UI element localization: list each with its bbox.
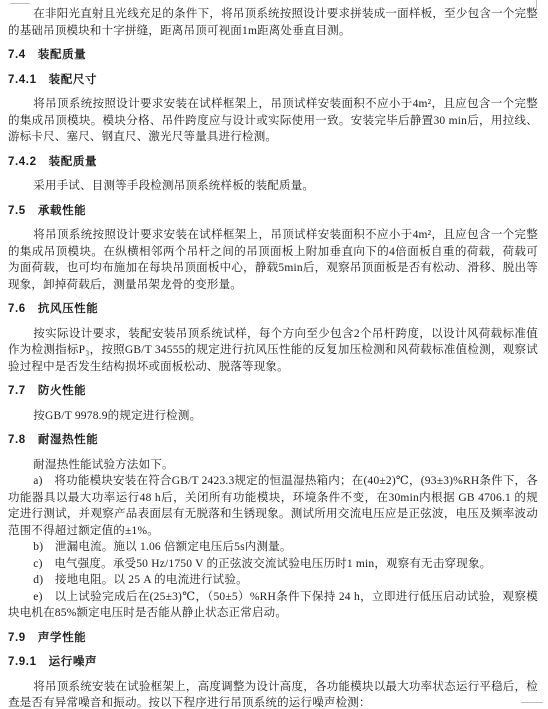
paragraph-fire-resistance-method: 按GB/T 9978.9的规定进行检测。	[8, 408, 538, 425]
list-item-e-low-voltage-start: e) 以上试验完成后在(25±3)℃，（50±5）%RH条件下保持 24 h，立…	[8, 589, 538, 622]
heading-7-7-fire-resistance: 7.7 防火性能	[8, 383, 538, 400]
heading-7-4-2-assembly-quality: 7.4.2 装配质量	[8, 154, 538, 171]
paragraph-damp-heat-intro: 耐湿热性能试验方法如下。	[8, 457, 538, 474]
list-item-c-electric-strength: c) 电气强度。承受50 Hz/1750 V 的正弦波交流试验电压历时1 min…	[8, 556, 538, 573]
text-boundary-mark-top-right	[536, 0, 537, 9]
list-item-a-damp-heat-chamber: a) 将功能模块安装在符合GB/T 2423.3规定的恒温湿热箱内；在(40±2…	[8, 473, 538, 539]
paragraph-load-bearing-method: 将吊顶系统按照设计要求安装在试样框架上，吊顶试样安装面积不应小于4m²，且应包含…	[8, 227, 538, 293]
heading-7-9-acoustic-performance: 7.9 声学性能	[8, 630, 538, 647]
text-boundary-mark-bottom-right	[521, 702, 543, 703]
paragraph-assembly-quality-method: 采用手试、目测等手段检测吊顶系统样板的装配质量。	[8, 178, 538, 195]
heading-7-8-damp-heat: 7.8 耐湿热性能	[8, 432, 538, 449]
paragraph-visual-inspection: 在非阳光直射且光线充足的条件下，将吊顶系统按照设计要求拼装成一面样板，至少包含一…	[8, 6, 538, 39]
heading-7-9-1-running-noise: 7.9.1 运行噪声	[8, 654, 538, 671]
list-item-b-leakage-current: b) 泄漏电流。施以 1.06 倍额定电压后5s内测量。	[8, 539, 538, 556]
list-item-d-grounding-resistance: d) 接地电阻。以 25 A 的电流进行试验。	[8, 572, 538, 589]
paragraph-running-noise-method: 将吊顶系统安装在试验框架上，高度调整为设计高度，各功能模块以最大功率状态运行平稳…	[8, 679, 538, 709]
heading-7-5-load-bearing: 7.5 承载性能	[8, 203, 538, 220]
heading-7-4-1-assembly-dimensions: 7.4.1 装配尺寸	[8, 72, 538, 89]
paragraph-wind-pressure-method: 按实际设计要求，装配安装吊顶系统试样，每个方向至少包含2个吊杆跨度，以设计风荷载…	[8, 326, 538, 376]
document-page: 在非阳光直射且光线充足的条件下，将吊顶系统按照设计要求拼装成一面样板，至少包含一…	[0, 0, 548, 709]
text-boundary-mark-top-left	[10, 3, 30, 4]
heading-7-4-assembly-quality: 7.4 装配质量	[8, 47, 538, 64]
heading-7-6-wind-pressure: 7.6 抗风压性能	[8, 301, 538, 318]
text-boundary-mark-bottom-left	[10, 705, 30, 706]
paragraph-assembly-dimensions: 将吊顶系统按照设计要求安装在试样框架上，吊顶试样安装面积不应小于4m²，且应包含…	[8, 96, 538, 146]
